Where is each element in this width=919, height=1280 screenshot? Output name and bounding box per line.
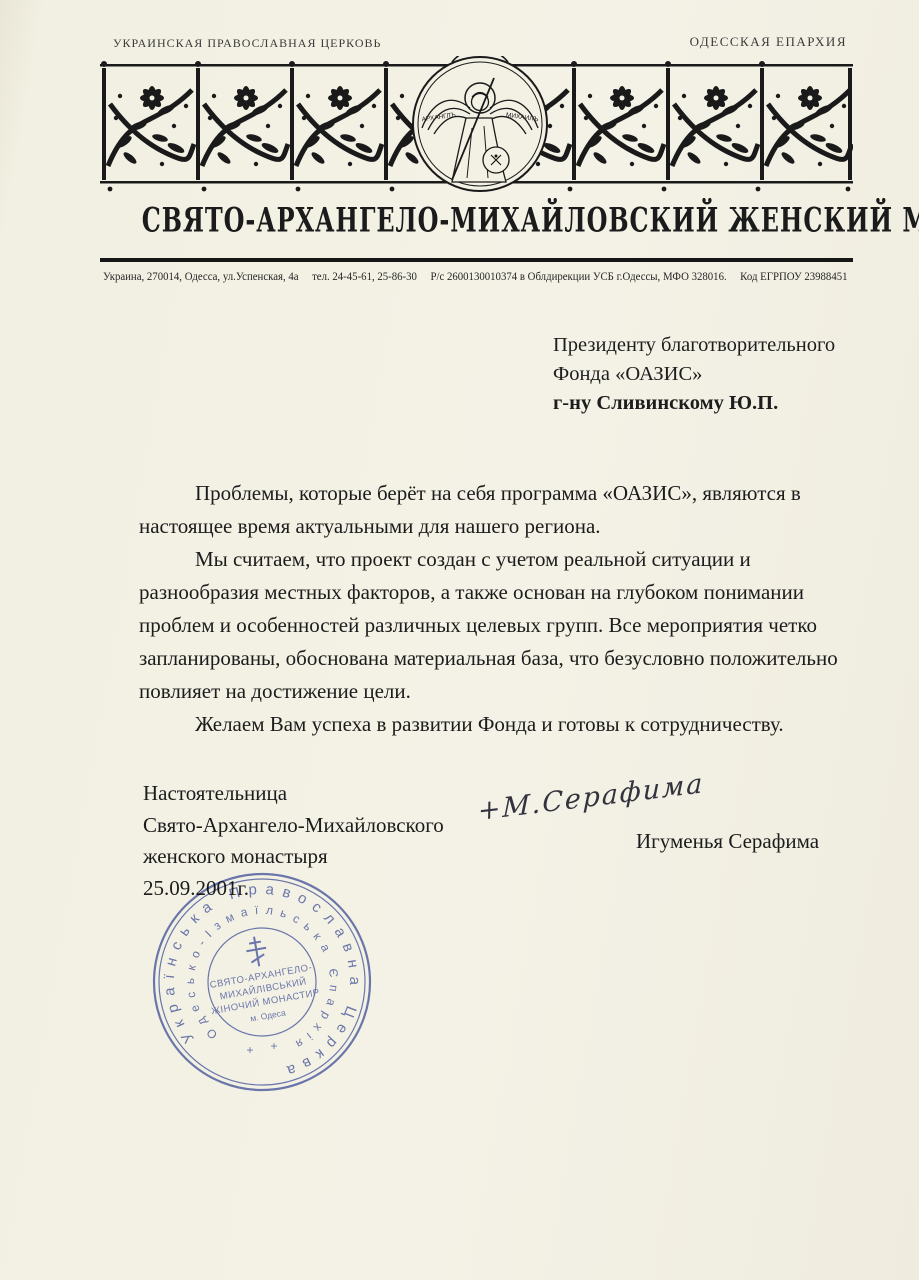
scanned-letter-page: УКРАИНСКАЯ ПРАВОСЛАВНАЯ ЦЕРКОВЬ ОДЕССКАЯ…	[0, 0, 919, 1280]
stamp-plus-mark: +	[246, 1043, 253, 1057]
recipient-name: г-ну Сливинскому Ю.П.	[553, 389, 835, 418]
letterhead-title: СВЯТО-АРХАНГЕЛО-МИХАЙЛОВСКИЙ ЖЕНСКИЙ МОН…	[100, 202, 853, 232]
body-paragraph: Мы считаем, что проект создан с учетом р…	[139, 543, 838, 708]
signature-title-block: НастоятельницаСвято-Архангело-Михайловск…	[143, 778, 444, 873]
body-line: Проблемы, которые берёт на себя программ…	[139, 477, 838, 510]
signature-title-line: Настоятельница	[143, 778, 444, 810]
letterhead-address-line: Украина, 270014, Одесса, ул.Успенская, 4…	[103, 269, 781, 284]
stamp-plus-mark: +	[270, 1039, 277, 1053]
handwritten-signature: +М.Серафима	[478, 768, 705, 827]
body-line: проблем и особенностей различных целевых…	[139, 609, 838, 642]
body-line: Мы считаем, что проект создан с учетом р…	[139, 543, 838, 576]
stamp-center-line: м. Одеса	[249, 1007, 286, 1023]
ornamental-band: АРХАНГЛЪ МИХАИЛЪ	[100, 56, 853, 196]
eparchy-name-header: ОДЕССКАЯ ЕПАРХИЯ	[690, 34, 847, 50]
signer-typed-name: Игуменья Серафима	[636, 829, 819, 854]
monastery-round-stamp: Українська Православна Церква Одесько-Із…	[146, 866, 378, 1098]
archangel-medallion: АРХАНГЛЪ МИХАИЛЪ	[413, 56, 547, 191]
body-line: запланированы, обоснована материальная б…	[139, 642, 838, 675]
address-street: Украина, 270014, Одесса, ул.Успенская, 4…	[103, 269, 299, 283]
address-bank: Р/с 2600130010374 в Облдирекции УСБ г.Од…	[430, 269, 726, 283]
body-paragraph: Желаем Вам успеха в развитии Фонда и гот…	[139, 708, 838, 741]
monastery-title-text: СВЯТО-АРХАНГЕЛО-МИХАЙЛОВСКИЙ ЖЕНСКИЙ МОН…	[142, 202, 919, 240]
body-line: повлияет на достижение цели.	[139, 675, 838, 708]
body-line: разнообразия местных факторов, а также о…	[139, 576, 838, 609]
signature-title-line: Свято-Архангело-Михайловского	[143, 810, 444, 842]
recipient-line: Фонда «ОАЗИС»	[553, 360, 835, 389]
recipient-line: Президенту благотворительного	[553, 331, 835, 360]
recipient-block: Президенту благотворительного Фонда «ОАЗ…	[553, 331, 835, 418]
body-paragraph: Проблемы, которые берёт на себя программ…	[139, 477, 838, 543]
stamp-outer-ring-text: Українська Православна Церква	[146, 866, 378, 1098]
address-code: Код ЕГРПОУ 23988451	[740, 269, 847, 283]
body-line: Желаем Вам успеха в развитии Фонда и гот…	[139, 708, 838, 741]
title-divider-rule	[100, 258, 853, 262]
body-paragraphs: Проблемы, которые берёт на себя программ…	[139, 477, 838, 741]
orthodox-cross-icon	[244, 935, 269, 968]
body-line: настоящее время актуальными для нашего р…	[139, 510, 838, 543]
church-name-header: УКРАИНСКАЯ ПРАВОСЛАВНАЯ ЦЕРКОВЬ	[113, 36, 381, 51]
stamp-inner-ring-text: Одесько-Ізмаїльська Єпархія	[150, 870, 373, 1093]
address-phones: тел. 24-45-61, 25-86-30	[312, 269, 417, 283]
